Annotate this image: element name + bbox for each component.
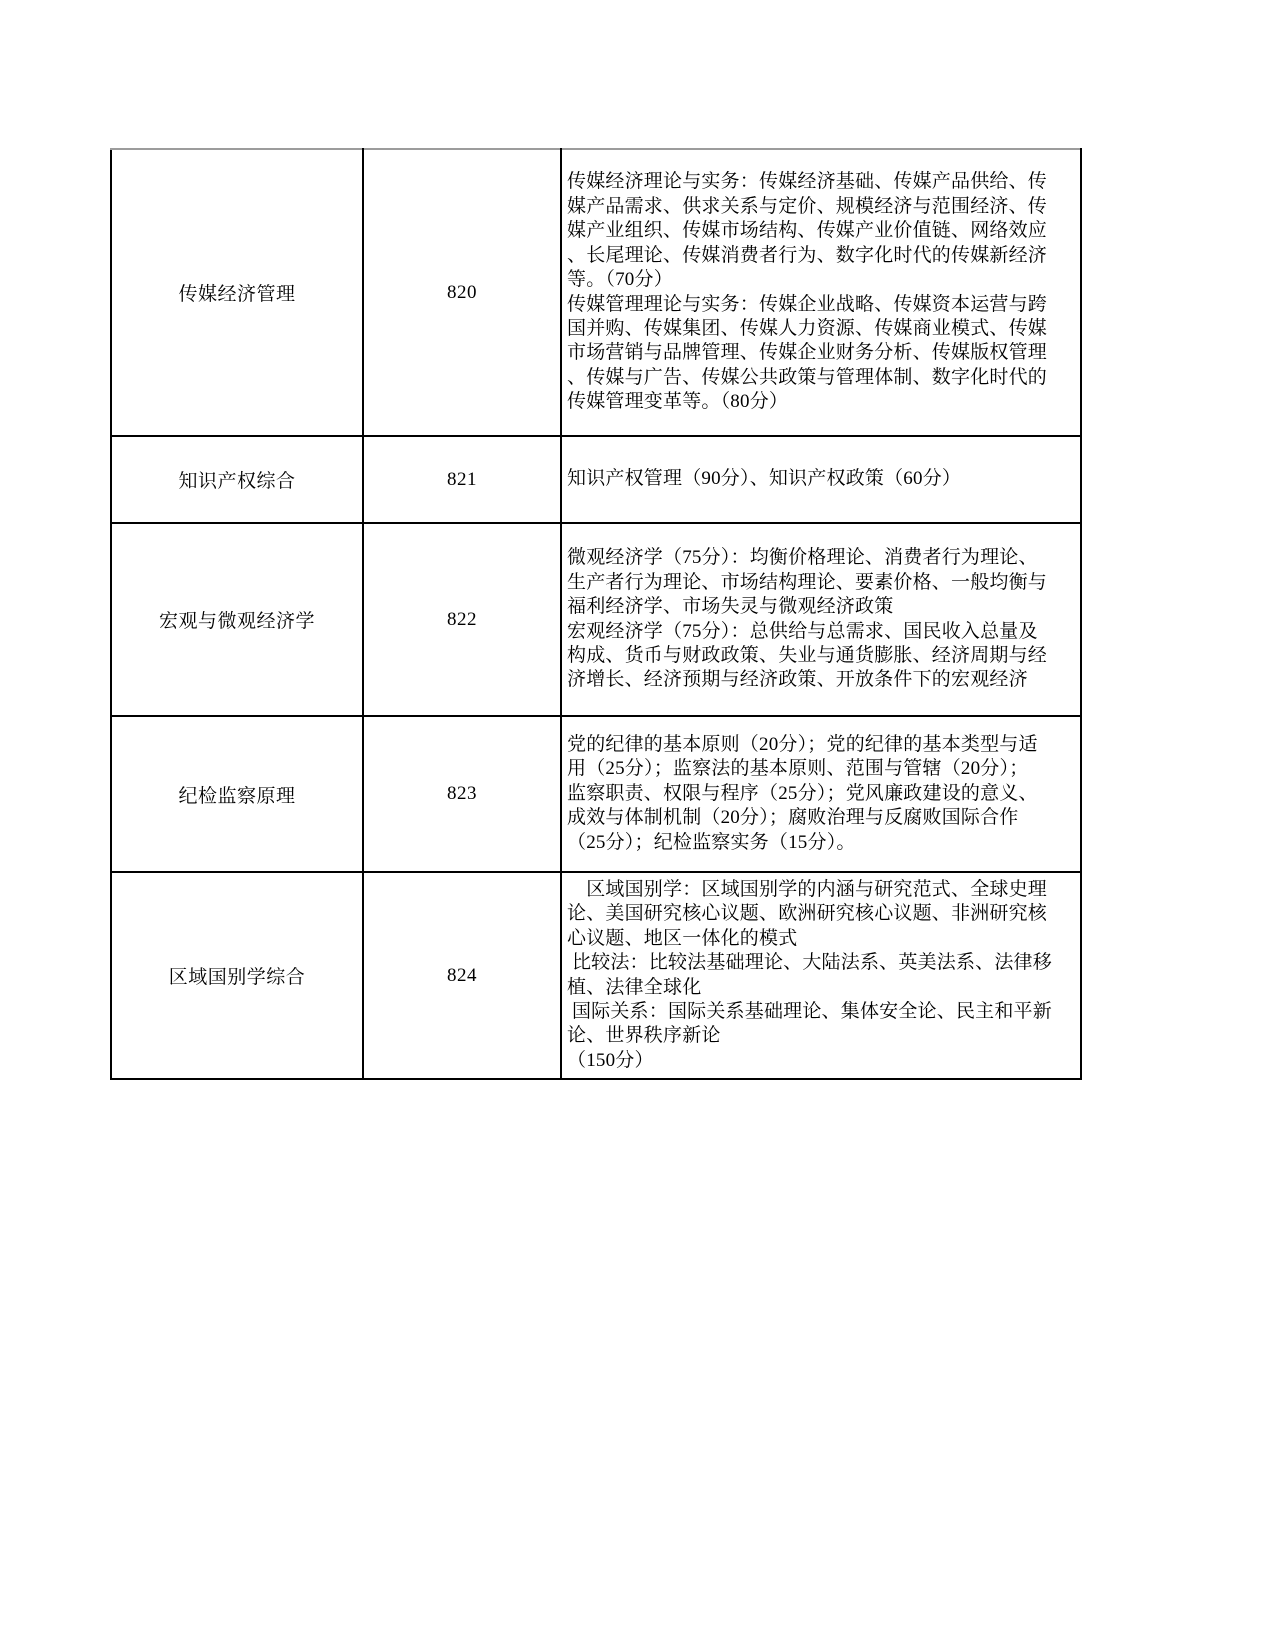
subject-code: 823 xyxy=(363,716,561,872)
table-row: 传媒经济管理 820 传媒经济理论与实务：传媒经济基础、传媒产品供给、传 媒产品… xyxy=(111,149,1081,436)
table-row: 区域国别学综合 824 区域国别学：区域国别学的内涵与研究范式、全球史理 论、美… xyxy=(111,872,1081,1079)
document-page: 传媒经济管理 820 传媒经济理论与实务：传媒经济基础、传媒产品供给、传 媒产品… xyxy=(0,0,1275,1650)
subject-code: 820 xyxy=(363,149,561,436)
exam-content: 知识产权管理（90分）、知识产权政策（60分） xyxy=(561,436,1081,523)
table-row: 纪检监察原理 823 党的纪律的基本原则（20分）；党的纪律的基本类型与适 用（… xyxy=(111,716,1081,872)
subject-code: 824 xyxy=(363,872,561,1079)
subject-code: 822 xyxy=(363,523,561,716)
subject-name: 纪检监察原理 xyxy=(111,716,363,872)
exam-content: 微观经济学（75分）：均衡价格理论、消费者行为理论、 生产者行为理论、市场结构理… xyxy=(561,523,1081,716)
subject-code: 821 xyxy=(363,436,561,523)
exam-content: 区域国别学：区域国别学的内涵与研究范式、全球史理 论、美国研究核心议题、欧洲研究… xyxy=(561,872,1081,1079)
subject-name: 宏观与微观经济学 xyxy=(111,523,363,716)
subject-name: 传媒经济管理 xyxy=(111,149,363,436)
exam-content: 党的纪律的基本原则（20分）；党的纪律的基本类型与适 用（25分）；监察法的基本… xyxy=(561,716,1081,872)
exam-subjects-table: 传媒经济管理 820 传媒经济理论与实务：传媒经济基础、传媒产品供给、传 媒产品… xyxy=(110,148,1082,1080)
table-row: 知识产权综合 821 知识产权管理（90分）、知识产权政策（60分） xyxy=(111,436,1081,523)
subject-name: 知识产权综合 xyxy=(111,436,363,523)
table-row: 宏观与微观经济学 822 微观经济学（75分）：均衡价格理论、消费者行为理论、 … xyxy=(111,523,1081,716)
exam-content: 传媒经济理论与实务：传媒经济基础、传媒产品供给、传 媒产品需求、供求关系与定价、… xyxy=(561,149,1081,436)
subject-name: 区域国别学综合 xyxy=(111,872,363,1079)
